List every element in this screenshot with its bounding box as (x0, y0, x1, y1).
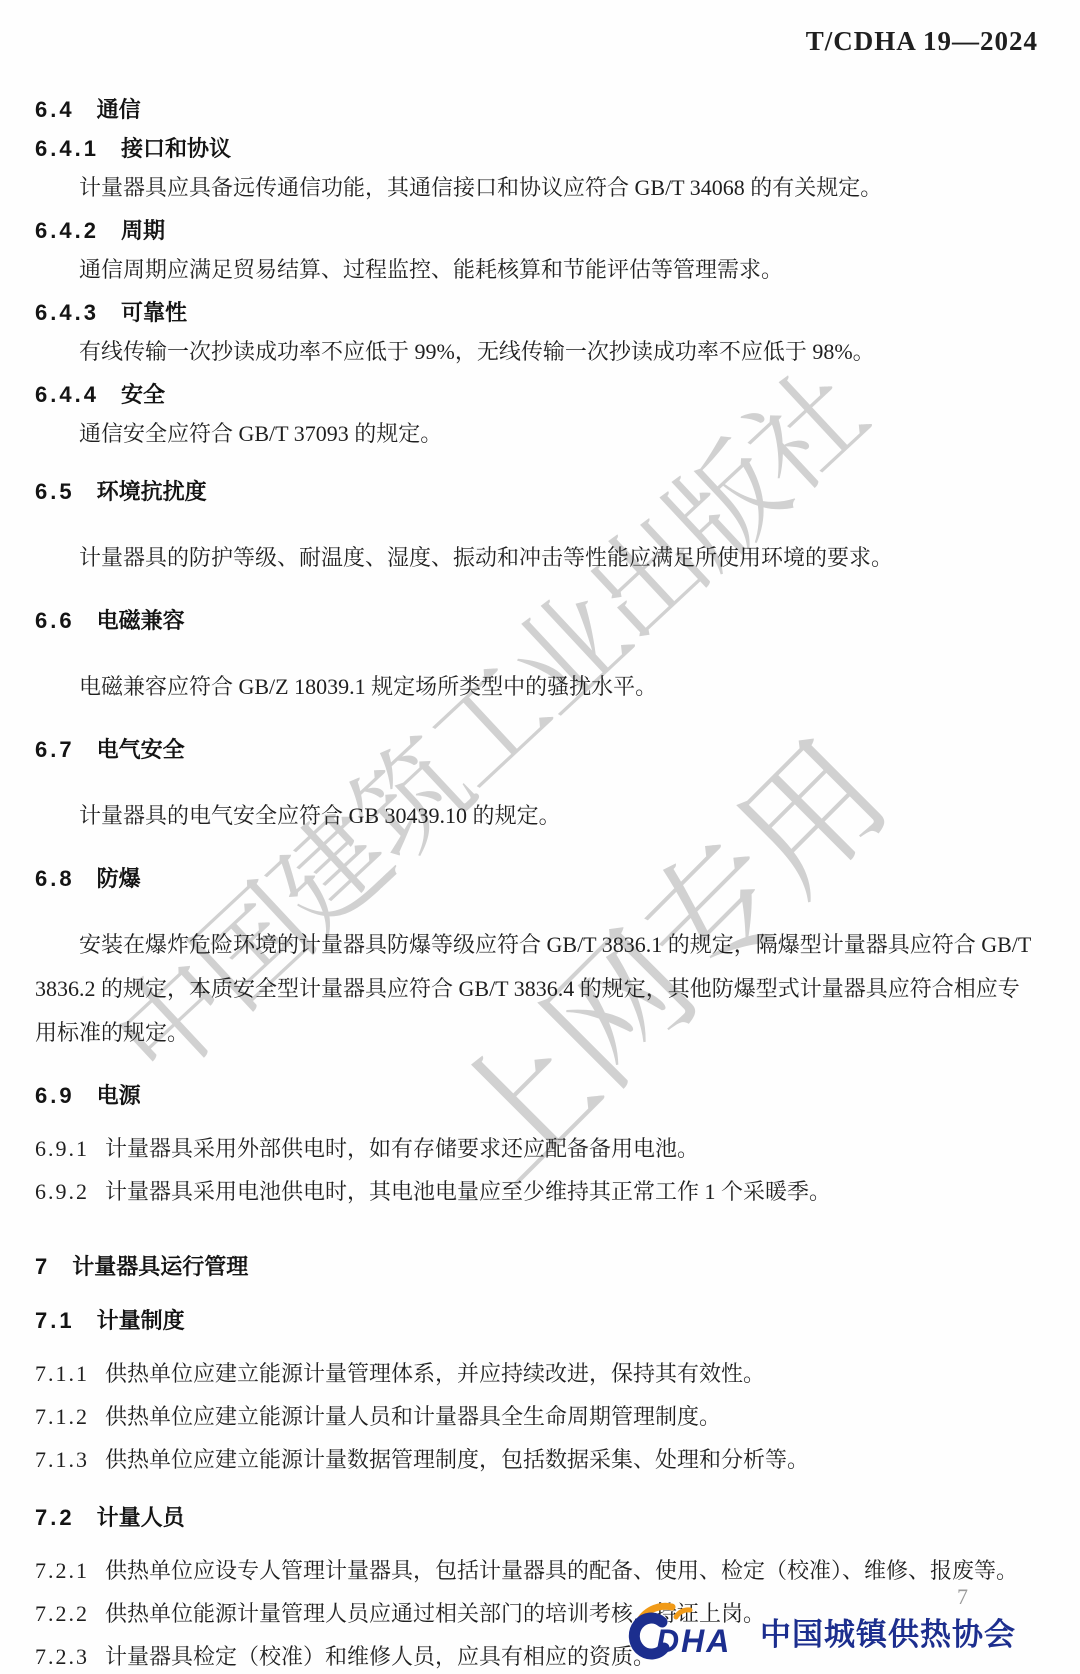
paragraph: 通信周期应满足贸易结算、过程监控、能耗核算和节能评估等管理需求。 (35, 253, 1040, 287)
heading-title: 计量制度 (97, 1308, 185, 1333)
clause-text: 计量器具应具备远传通信功能，其通信接口和协议应符合 GB/T 34068 的有关… (79, 175, 882, 200)
clause-7.1.1: 7.1.1供热单位应建立能源计量管理体系，并应持续改进，保持其有效性。 (35, 1356, 1040, 1391)
clause-number: 6.9.2 (35, 1179, 89, 1204)
clause-text: 电磁兼容应符合 GB/Z 18039.1 规定场所类型中的骚扰水平。 (79, 674, 657, 699)
page-number: 7 (957, 1584, 968, 1610)
heading-title: 环境抗扰度 (97, 479, 207, 504)
clause-number: 6.4.4 (35, 382, 99, 407)
clause-text: 有线传输一次抄读成功率不应低于 99%，无线传输一次抄读成功率不应低于 98%。 (79, 339, 875, 364)
logo-orange-arc-small-icon (676, 1610, 690, 1617)
clause-number: 7.2 (35, 1505, 75, 1530)
clause-number: 7.1.2 (35, 1404, 89, 1429)
clause-text: 通信周期应满足贸易结算、过程监控、能耗核算和节能评估等管理需求。 (79, 257, 783, 282)
paragraph: 计量器具应具备远传通信功能，其通信接口和协议应符合 GB/T 34068 的有关… (35, 171, 1040, 205)
logo-dha-text: DHA (656, 1623, 731, 1659)
heading-title: 计量器具运行管理 (72, 1254, 248, 1279)
clause-text: 计量器具采用电池供电时，其电池电量应至少维持其正常工作 1 个采暖季。 (105, 1179, 831, 1204)
clause-number: 6.8 (35, 866, 75, 891)
clause-number: 7.2.1 (35, 1558, 89, 1583)
clause-number: 6.7 (35, 737, 75, 762)
heading-7.1: 7.1计量制度 (35, 1307, 1040, 1334)
heading-6.5: 6.5环境抗扰度 (35, 478, 1040, 505)
paragraph: 安装在爆炸危险环境的计量器具防爆等级应符合 GB/T 3836.1 的规定，隔爆… (35, 923, 1040, 1055)
paragraph: 有线传输一次抄读成功率不应低于 99%，无线传输一次抄读成功率不应低于 98%。 (35, 335, 1040, 369)
heading-title: 通信 (97, 97, 141, 122)
heading-6.9: 6.9电源 (35, 1082, 1040, 1109)
paragraph: 通信安全应符合 GB/T 37093 的规定。 (35, 417, 1040, 451)
heading-title: 电气安全 (97, 737, 185, 762)
heading-6.4.1: 6.4.1接口和协议 (35, 135, 1040, 162)
clause-text: 通信安全应符合 GB/T 37093 的规定。 (79, 421, 442, 446)
heading-title: 电源 (97, 1083, 141, 1108)
heading-6.6: 6.6电磁兼容 (35, 607, 1040, 634)
clause-text: 计量器具的电气安全应符合 GB 30439.10 的规定。 (79, 803, 561, 828)
heading-title: 防爆 (97, 866, 141, 891)
clause-text: 计量器具采用外部供电时，如有存储要求还应配备备用电池。 (105, 1136, 699, 1161)
cdha-logo: DHA (624, 1602, 752, 1660)
heading-title: 电磁兼容 (97, 608, 185, 633)
content: 6.4通信6.4.1接口和协议计量器具应具备远传通信功能，其通信接口和协议应符合… (0, 0, 1080, 1674)
clause-number: 7 (35, 1254, 50, 1279)
clause-number: 7.1.1 (35, 1361, 89, 1386)
clause-7.1.2: 7.1.2供热单位应建立能源计量人员和计量器具全生命周期管理制度。 (35, 1399, 1040, 1434)
heading-6.4.4: 6.4.4安全 (35, 381, 1040, 408)
heading-6.4.2: 6.4.2周期 (35, 217, 1040, 244)
clause-number: 6.4.1 (35, 136, 99, 161)
heading-7.2: 7.2计量人员 (35, 1504, 1040, 1531)
paragraph: 计量器具的电气安全应符合 GB 30439.10 的规定。 (35, 794, 1040, 838)
clause-number: 6.4.2 (35, 218, 99, 243)
clause-text: 安装在爆炸危险环境的计量器具防爆等级应符合 GB/T 3836.1 的规定，隔爆… (35, 932, 1031, 1045)
clause-6.9.2: 6.9.2计量器具采用电池供电时，其电池电量应至少维持其正常工作 1 个采暖季。 (35, 1174, 1040, 1209)
clause-number: 6.6 (35, 608, 75, 633)
heading-title: 周期 (121, 218, 165, 243)
clause-text: 供热单位应建立能源计量人员和计量器具全生命周期管理制度。 (105, 1404, 721, 1429)
clause-text: 计量器具检定（校准）和维修人员，应具有相应的资质。 (105, 1644, 655, 1669)
heading-7: 7计量器具运行管理 (35, 1253, 1040, 1280)
clause-number: 7.2.3 (35, 1644, 89, 1669)
clause-7.1.3: 7.1.3供热单位应建立能源计量数据管理制度，包括数据采集、处理和分析等。 (35, 1442, 1040, 1477)
clause-6.9.1: 6.9.1计量器具采用外部供电时，如有存储要求还应配备备用电池。 (35, 1131, 1040, 1166)
clause-7.2.1: 7.2.1供热单位应设专人管理计量器具，包括计量器具的配备、使用、检定（校准）、… (35, 1553, 1040, 1588)
footer: DHA 中国城镇供热协会 (624, 1602, 1016, 1660)
clause-text: 供热单位应建立能源计量管理体系，并应持续改进，保持其有效性。 (105, 1361, 765, 1386)
clause-number: 6.4.3 (35, 300, 99, 325)
clause-text: 计量器具的防护等级、耐温度、湿度、振动和冲击等性能应满足所使用环境的要求。 (79, 545, 893, 570)
heading-6.8: 6.8防爆 (35, 865, 1040, 892)
heading-title: 计量人员 (97, 1505, 185, 1530)
clause-number: 7.1 (35, 1308, 75, 1333)
clause-number: 7.1.3 (35, 1447, 89, 1472)
heading-title: 安全 (121, 382, 165, 407)
document-page: 中国建筑工业出版社 上网专用 T/CDHA 19—2024 6.4通信6.4.1… (0, 0, 1080, 1674)
heading-6.7: 6.7电气安全 (35, 736, 1040, 763)
clause-number: 6.4 (35, 97, 75, 122)
heading-title: 可靠性 (121, 300, 187, 325)
paragraph: 电磁兼容应符合 GB/Z 18039.1 规定场所类型中的骚扰水平。 (35, 665, 1040, 709)
heading-title: 接口和协议 (121, 136, 231, 161)
paragraph: 计量器具的防护等级、耐温度、湿度、振动和冲击等性能应满足所使用环境的要求。 (35, 536, 1040, 580)
heading-6.4: 6.4通信 (35, 96, 1040, 123)
clause-number: 6.9 (35, 1083, 75, 1108)
clause-text: 供热单位应设专人管理计量器具，包括计量器具的配备、使用、检定（校准）、维修、报废… (105, 1558, 1018, 1583)
association-name: 中国城镇供热协会 (760, 1609, 1016, 1654)
clause-number: 7.2.2 (35, 1601, 89, 1626)
clause-text: 供热单位应建立能源计量数据管理制度，包括数据采集、处理和分析等。 (105, 1447, 809, 1472)
clause-number: 6.9.1 (35, 1136, 89, 1161)
heading-6.4.3: 6.4.3可靠性 (35, 299, 1040, 326)
clause-number: 6.5 (35, 479, 75, 504)
